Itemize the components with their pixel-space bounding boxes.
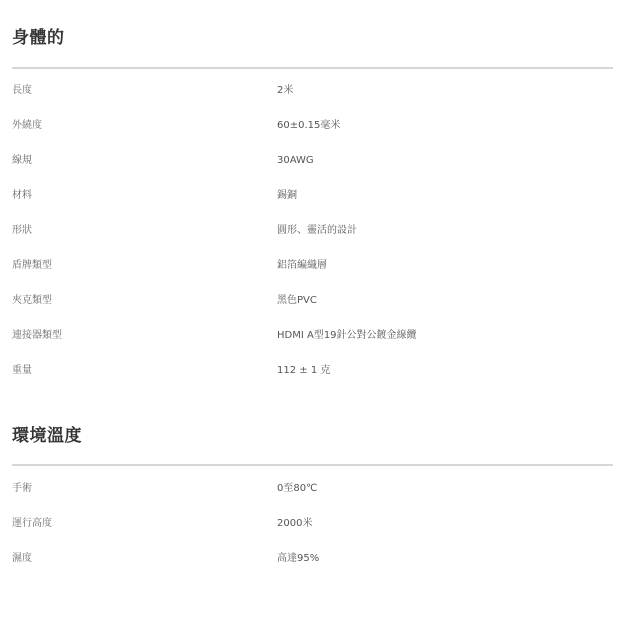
- section-divider: [12, 464, 613, 466]
- spec-value: 鋁箔編織層: [277, 259, 327, 273]
- spec-label: 重量: [12, 364, 32, 378]
- spec-row-outer-diameter: 外繞度 60±0.15毫米: [12, 119, 613, 154]
- spec-value: HDMI A型19針公對公鍍金線纜: [277, 329, 417, 343]
- spec-row-connector-type: 連接器類型 HDMI A型19針公對公鍍金線纜: [12, 329, 613, 364]
- section-divider: [12, 67, 613, 69]
- spec-label: 線規: [12, 154, 32, 168]
- spec-label: 運行高度: [12, 517, 52, 531]
- section-title: 身體的: [12, 26, 613, 50]
- spec-value: 0至80℃: [277, 482, 317, 496]
- spec-list: 手術 0至80℃ 運行高度 2000米 濕度 高達95%: [12, 482, 613, 587]
- spec-label: 材料: [12, 189, 32, 203]
- spec-label: 連接器類型: [12, 329, 62, 343]
- spec-value: 30AWG: [277, 154, 314, 168]
- spec-value: 2米: [277, 84, 293, 98]
- section-physical: 身體的 長度 2米 外繞度 60±0.15毫米 線規 30AWG 材料 錫銅 形…: [12, 26, 613, 399]
- spec-label: 外繞度: [12, 119, 42, 133]
- spec-label: 形狀: [12, 224, 32, 238]
- spec-label: 濕度: [12, 552, 32, 566]
- spec-label: 手術: [12, 482, 32, 496]
- spec-row-material: 材料 錫銅: [12, 189, 613, 224]
- spec-value: 高達95%: [277, 552, 319, 566]
- spec-value: 60±0.15毫米: [277, 119, 340, 133]
- spec-value: 2000米: [277, 517, 312, 531]
- spec-label: 長度: [12, 84, 32, 98]
- spec-row-operation: 手術 0至80℃: [12, 482, 613, 517]
- section-environment: 環境溫度 手術 0至80℃ 運行高度 2000米 濕度 高達95%: [12, 424, 613, 587]
- spec-label: 夾克類型: [12, 294, 52, 308]
- spec-row-operating-altitude: 運行高度 2000米: [12, 517, 613, 552]
- spec-row-weight: 重量 112 ± 1 克: [12, 364, 613, 399]
- spec-row-shape: 形狀 圓形、靈活的設計: [12, 224, 613, 259]
- spec-row-jacket-type: 夾克類型 黑色PVC: [12, 294, 613, 329]
- spec-row-wire-gauge: 線規 30AWG: [12, 154, 613, 189]
- spec-list: 長度 2米 外繞度 60±0.15毫米 線規 30AWG 材料 錫銅 形狀 圓形…: [12, 84, 613, 399]
- spec-value: 圓形、靈活的設計: [277, 224, 357, 238]
- spec-row-humidity: 濕度 高達95%: [12, 552, 613, 587]
- spec-label: 盾牌類型: [12, 259, 52, 273]
- spec-value: 112 ± 1 克: [277, 364, 330, 378]
- spec-row-shield-type: 盾牌類型 鋁箔編織層: [12, 259, 613, 294]
- spec-value: 錫銅: [277, 189, 297, 203]
- spec-row-length: 長度 2米: [12, 84, 613, 119]
- section-title: 環境溫度: [12, 424, 613, 448]
- spec-value: 黑色PVC: [277, 294, 317, 308]
